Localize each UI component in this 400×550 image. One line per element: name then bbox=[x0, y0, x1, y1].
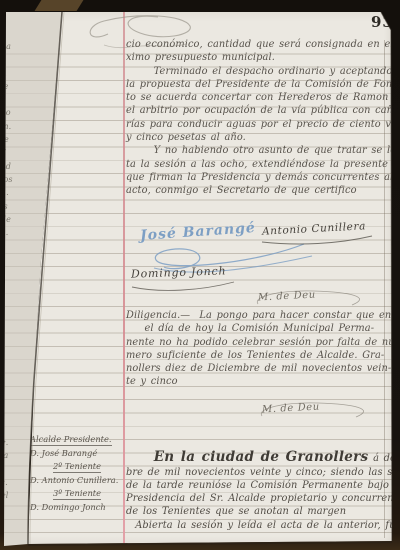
scanned-minutes-page-photo: ua t. le eo m. fe ij ed los u. is de a. … bbox=[0, 0, 400, 550]
page-boundary-lines bbox=[0, 0, 400, 550]
